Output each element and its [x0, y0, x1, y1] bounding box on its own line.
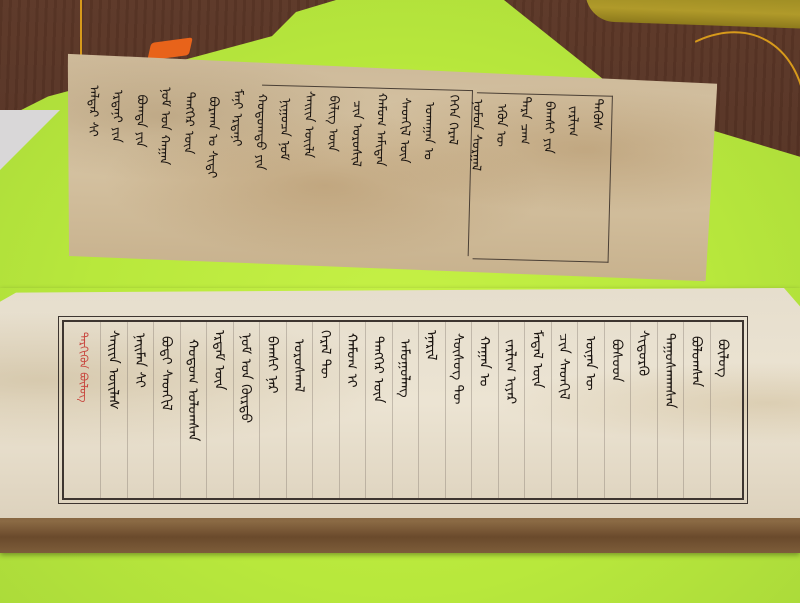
script-column: ᠪᠤᠰᠤᠳ: [610, 339, 624, 382]
ruled-line: [312, 322, 313, 498]
script-column: ᠲᠡᠩᠭᠡᠷ ᠦᠨ: [181, 92, 196, 155]
ruled-line: [551, 322, 552, 498]
ruled-line: [630, 322, 631, 498]
script-column: ᠡᠨᠡᠷᠢᠯ: [424, 330, 438, 360]
script-column: ᠪᠣᠳᠢ ᠰᠡᠳᠬᠢᠯ: [159, 336, 173, 411]
script-column: ᠬᠠᠮᠤᠭ ᠢ: [345, 333, 359, 388]
script-column: ᠨᠠᠢᠮᠠᠨ ᠰᠢ: [133, 333, 147, 388]
script-column: ᠪᠦᠯᠦᠭ: [716, 339, 730, 378]
script-column: ᠳᠠᠭᠤᠰᠬᠠᠭᠰᠠᠨ: [663, 333, 677, 408]
script-column: ᠡᠷᠳᠡᠮ ᠦᠨ: [212, 330, 226, 390]
ruled-line: [206, 322, 207, 498]
photo-scene: ᠠᠯᠳᠠᠷ ᠰᠢᠡᠷᠳᠡᠨᠢ ᠶᠢᠨᠪᠣᠭᠳᠠ ᠶᠢᠨᠨᠣᠮ ᠤᠨ ᠬᠠᠭᠠᠨᠲ…: [0, 0, 800, 603]
ruled-line: [657, 322, 658, 498]
ruled-line: [259, 322, 260, 498]
script-column: ᠨᠣᠮ ᠤᠨ ᠬᠦᠷᠳᠦ: [239, 333, 253, 423]
ruled-line: [577, 322, 578, 498]
script-column: ᠴᠢᠨ ᠰᠡᠳᠬᠢᠯ: [557, 333, 571, 400]
script-column: ᠦᠨᠡᠨ ᠦ: [583, 336, 597, 391]
script-column: ᠨᠣᠮ ᠤᠨ ᠬᠠᠭᠠᠨ: [157, 87, 172, 165]
script-column: ᠪᠠᠭᠰᠢ ᠶᠢᠨ: [541, 101, 555, 154]
script-column: ᠰᠦᠰᠦᠭ ᠲᠦ: [451, 333, 465, 404]
red-ink-column: ᠲᠡᠷᠭᠢᠭᠦᠨ ᠪᠦᠯᠦᠭ: [78, 332, 89, 403]
script-column: ᠲᠡᠭᠦᠰ: [590, 98, 604, 131]
script-column: ᠠᠮᠤᠭᠤᠯᠠᠩ: [398, 339, 412, 398]
script-column: ᠪᠤᠷᠬᠠᠨ ᠤ ᠰᠢᠳᠢ: [205, 96, 220, 178]
script-column: ᠲᠡᠷᠡ ᠴᠠᠭ: [518, 96, 532, 144]
ruled-line: [233, 322, 234, 498]
text-frame: ᠲᠡᠷᠭᠢᠭᠦᠨ ᠪᠦᠯᠦᠭ ᠰᠠᠢᠢᠨ ᠦᠢᠯᠡᠰᠨᠠᠢᠮᠠᠨ ᠰᠢᠪᠣᠳᠢ …: [62, 320, 744, 500]
script-column: ᠨᠣᠮᠤᠨ ᠰᠤᠷᠭᠠᠯ: [469, 99, 484, 171]
ruled-line: [471, 322, 472, 498]
script-column: ᠬᠠᠭᠠᠨ ᠤ: [477, 336, 491, 386]
script-column: ᠨᠢᠭᠤᠴᠠ ᠨᠣᠮ: [277, 98, 292, 161]
ruled-line: [286, 322, 287, 498]
script-column: ᠲᠡᠩᠭᠡᠷ ᠦᠨ: [371, 336, 385, 403]
script-column: ᠬᠠᠮᠤᠭ ᠠᠮᠢᠲᠠᠨ: [373, 93, 388, 167]
ruled-line: [683, 322, 684, 498]
script-column: ᠭᠡᠷᠡᠯ ᠲᠦ: [318, 330, 332, 379]
ruled-line: [418, 322, 419, 498]
script-column: ᠮᠡᠳᠡᠯ ᠦᠨ: [530, 330, 544, 388]
script-column: ᠡᠷᠳᠡᠨᠢ ᠶᠢᠨ: [110, 90, 124, 143]
ruled-line: [604, 322, 605, 498]
script-column: ᠬᠤᠲᠤᠭ ᠣᠯᠤᠭᠰᠠᠨ: [186, 339, 200, 441]
script-column: ᠪᠣᠭᠳᠠ ᠶᠢᠨ: [133, 94, 147, 147]
ruled-line: [710, 322, 711, 498]
script-column: ᠤᠬᠠᠭᠠᠨ ᠤ: [421, 102, 436, 160]
script-column: ᠴᠢᠨ ᠤᠷᠤᠰᠢᠯ: [349, 100, 364, 167]
ruled-line: [445, 322, 446, 498]
ruled-line: [180, 322, 181, 498]
script-column: ᠵᠠᠷᠯᠢᠭ ᠢᠶᠠᠷ: [504, 339, 518, 404]
script-column: ᠠᠯᠳᠠᠷ ᠰᠢ: [86, 85, 100, 137]
ruled-line: [498, 322, 499, 498]
script-column: ᠰᠢᠳᠦᠷᠭᠦ: [636, 330, 650, 376]
ruled-line: [524, 322, 525, 498]
script-column: ᠬᠤᠲᠤᠭᠲᠤ ᠶᠢᠨ: [253, 93, 268, 170]
script-column: ᠪᠠᠭᠰᠢ ᠨᠠᠷ: [265, 336, 279, 394]
script-column: ᠡᠭᠦᠨ ᠦ: [494, 104, 508, 147]
manuscript-leaf-top: ᠠᠯᠳᠠᠷ ᠰᠢᠡᠷᠳᠡᠨᠢ ᠶᠢᠨᠪᠣᠭᠳᠠ ᠶᠢᠨᠨᠣᠮ ᠤᠨ ᠬᠠᠭᠠᠨᠲ…: [62, 50, 717, 282]
script-column: ᠤᠷᠤᠰᠬᠠᠯ: [292, 339, 306, 392]
ruled-line: [100, 322, 101, 498]
script-column: ᠵᠠᠷᠯᠢᠭ: [566, 106, 580, 137]
script-column: ᠪᠢᠯᠢᠭ ᠦᠨ: [325, 95, 339, 152]
ruled-line: [127, 322, 128, 498]
ruled-line: [365, 322, 366, 498]
script-column: ᠰᠠᠢᠢᠨ ᠦᠢᠯᠡ: [301, 91, 316, 158]
script-column: ᠭᠡᠭᠡᠨ ᠭᠡᠷᠡᠯ: [446, 94, 460, 145]
script-column: ᠰᠠᠢᠢᠨ ᠦᠢᠯᠡᠰ: [106, 330, 120, 410]
ruled-line: [339, 322, 340, 498]
script-column: ᠮᠠᠨᠢ ᠡᠷᠳᠡᠨᠢ: [229, 89, 243, 147]
script-column: ᠪᠣᠯᠤᠭᠰᠠᠨ: [689, 336, 703, 387]
ruled-line: [392, 322, 393, 498]
ruled-line: [153, 322, 154, 498]
script-column: ᠰᠡᠳᠬᠢᠯ ᠦᠨ: [397, 97, 412, 163]
